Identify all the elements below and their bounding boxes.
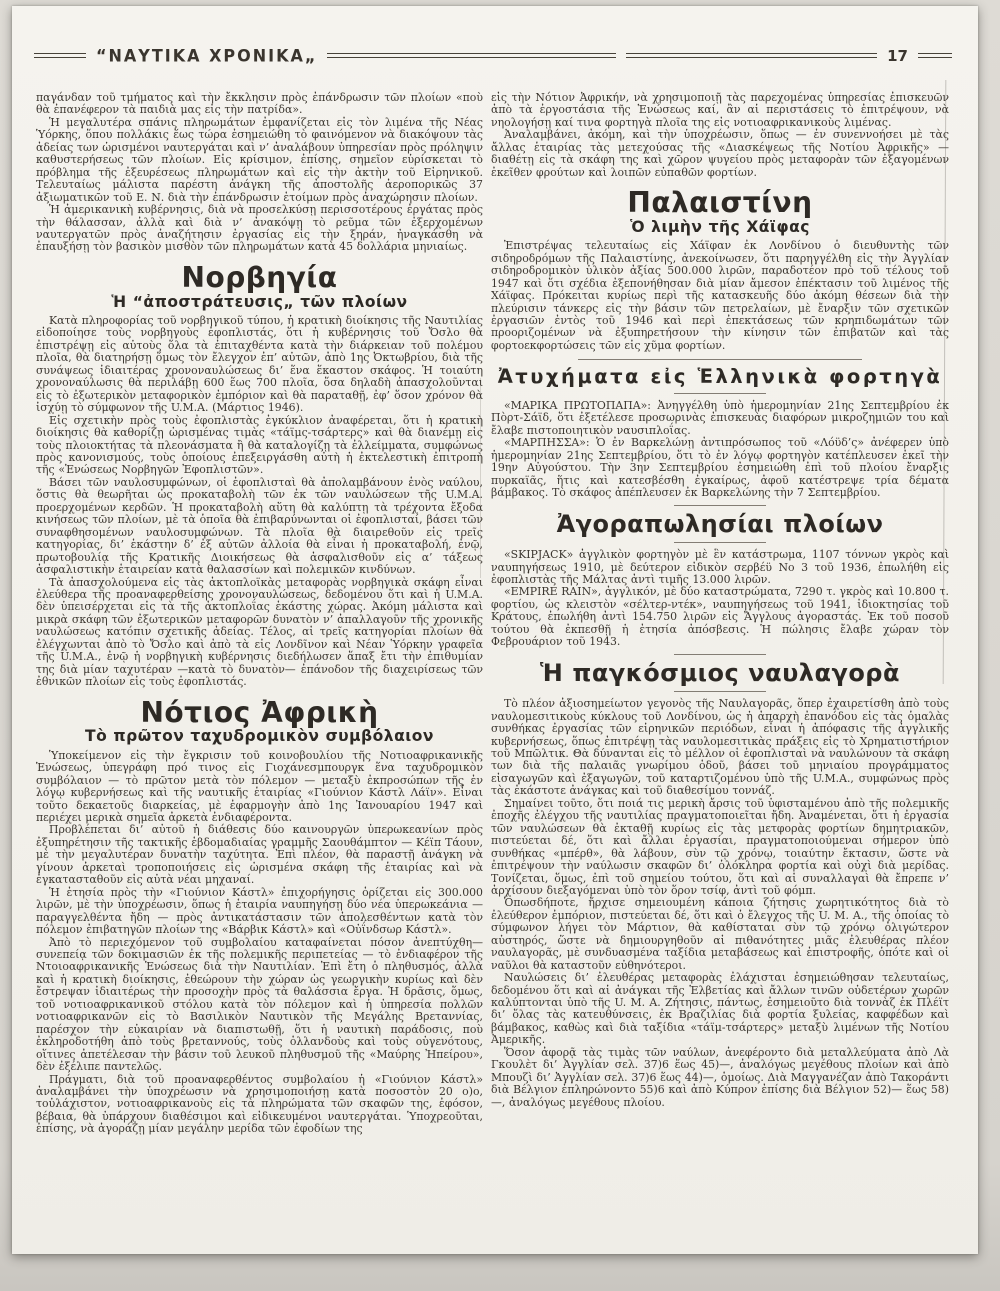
paragraph: Ἡ μεγαλυτέρα σπάνις πληρωμάτων ἐμφανίζετ…	[36, 117, 483, 204]
masthead-rule-middle-1	[327, 53, 616, 58]
article-section: Ἡ παγκόσμιος ναυλαγορὰΤὸ πλέον ἀξιοσημεί…	[491, 654, 949, 1109]
column-right: εἰς τὴν Νότιον Ἀφρικήν, νὰ χρησιμοποιῇ τ…	[491, 92, 949, 1109]
paragraph: Ἀπὸ τὸ περιεχόμενον τοῦ συμβολαίου καταφ…	[36, 937, 483, 1074]
paragraph: Ἐπιστρέψας τελευταίως εἰς Χάϊφαν ἐκ Λονδ…	[491, 240, 949, 352]
paragraph: Ὁπωσδήποτε, ἤρχισε σημειουμένη κάποια ζή…	[491, 897, 949, 972]
column-left: παγάνδαν τοῦ τμήματος καὶ τὴν ἔκκλησιν π…	[36, 92, 483, 1136]
article-section: Νότιος ἈφρικὴΤὸ πρῶτον ταχυδρομικὸν συμβ…	[36, 698, 483, 1136]
article-section: ΠαλαιστίνηὉ λιμὴν τῆς ΧάϊφαςἘπιστρέψας τ…	[491, 188, 949, 352]
paragraph: Ναυλώσεις δι’ ἐλευθέρας μεταφορὰς ἐλάχισ…	[491, 972, 949, 1047]
article-section: παγάνδαν τοῦ τμήματος καὶ τὴν ἔκκλησιν π…	[36, 92, 483, 254]
paragraph: «SKIPJACK» ἀγγλικὸν φορτηγὸν μὲ ἓν κατάσ…	[491, 549, 949, 586]
paragraph: Τὸ πλέον ἀξιοσημείωτον γεγονὸς τῆς Ναυλα…	[491, 698, 949, 798]
paragraph: Προβλέπεται δι’ αὐτοῦ ἡ διάθεσις δύο και…	[36, 824, 483, 886]
masthead: “ΝΑΥΤΙΚΑ ΧΡΟΝΙΚΑ„ 17	[34, 46, 952, 65]
article-heading: Ἀτυχήματα εἰς Ἑλληνικὰ φορτηγὰ	[491, 367, 949, 388]
paragraph: «ΜΑΡΙΚΑ ΠΡΩΤΟΠΑΠΑ»: Ἀνηγγέλθη ὑπὸ ἡμερομ…	[491, 400, 949, 437]
masthead-rule-middle-2	[626, 53, 877, 58]
heading-rule	[674, 393, 766, 394]
publication-title: “ΝΑΥΤΙΚΑ ΧΡΟΝΙΚΑ„	[96, 46, 317, 66]
article-section: Ἀγοραπωλησίαι πλοίων«SKIPJACK» ἀγγλικὸν …	[491, 505, 949, 649]
paragraph: Ἀναλαμβάνει, ἀκόμη, καὶ τὴν ὑποχρέωσιν, …	[491, 129, 949, 179]
article-subheading: Ἡ “ἀποστράτευσις„ τῶν πλοίων	[36, 296, 483, 308]
separator-rule	[674, 654, 766, 655]
paragraph: Τὰ ἀπασχολούμενα εἰς τὰς ἀκτοπλοϊκὰς μετ…	[36, 577, 483, 689]
paragraph: Πράγματι, διὰ τοῦ προαναφερθέντος συμβολ…	[36, 1074, 483, 1136]
article-heading: Ἀγοραπωλησίαι πλοίων	[491, 512, 949, 537]
scan-background: “ΝΑΥΤΙΚΑ ΧΡΟΝΙΚΑ„ 17 παγάνδαν τοῦ τμήματ…	[0, 0, 1000, 1291]
article-subheading: Ὁ λιμὴν τῆς Χάϊφας	[491, 221, 949, 233]
paragraph: Βάσει τῶν ναυλοσυμφώνων, οἱ ἐφοπλισταὶ θ…	[36, 477, 483, 577]
paragraph: «ΜΑΡΠΗΣΣΑ»: Ὁ ἐν Βαρκελώνῃ ἀντιπρόσωπος …	[491, 437, 949, 499]
paragraph: Ὅσον ἀφορᾷ τὰς τιμὰς τῶν ναύλων, ἀνεφέρο…	[491, 1047, 949, 1109]
article-heading: Νότιος Ἀφρικὴ	[36, 698, 483, 728]
paragraph: παγάνδαν τοῦ τμήματος καὶ τὴν ἔκκλησιν π…	[36, 92, 483, 117]
heading-rule	[674, 691, 766, 692]
masthead-rule-left	[34, 53, 86, 58]
article-heading: Ἡ παγκόσμιος ναυλαγορὰ	[491, 661, 949, 686]
paragraph: Ὑποκείμενον εἰς τὴν ἔγκρισιν τοῦ κοινοβο…	[36, 750, 483, 825]
paragraph: Ἡ ἀμερικανικὴ κυβέρνησις, διὰ νὰ προσελκ…	[36, 204, 483, 254]
article-heading: Νορβηγία	[36, 263, 483, 293]
article-section: ΝορβηγίαἩ “ἀποστράτευσις„ τῶν πλοίωνΚατὰ…	[36, 263, 483, 689]
page-number: 17	[887, 47, 908, 65]
article-section: Ἀτυχήματα εἰς Ἑλληνικὰ φορτηγὰ«ΜΑΡΙΚΑ ΠΡ…	[491, 359, 949, 499]
scan-crease-line	[480, 378, 481, 578]
paragraph: «EMPIRE RAIN», ἀγγλικόν, μὲ δύο καταστρώ…	[491, 586, 949, 648]
paragraph: Κατὰ πληροφορίας τοῦ νορβηγικοῦ τύπου, ἡ…	[36, 315, 483, 415]
paragraph: εἰς τὴν Νότιον Ἀφρικήν, νὰ χρησιμοποιῇ τ…	[491, 92, 949, 129]
heading-rule	[674, 542, 766, 543]
separator-rule	[578, 359, 862, 360]
paragraph: Ἡ ἐτησία πρὸς τὴν «Γιούνιον Κάστλ» ἐπιχο…	[36, 887, 483, 937]
article-section: εἰς τὴν Νότιον Ἀφρικήν, νὰ χρησιμοποιῇ τ…	[491, 92, 949, 179]
article-heading: Παλαιστίνη	[491, 188, 949, 218]
paragraph: Σημαίνει τοῦτο, ὅτι ποιά τις μερικὴ ἄρσι…	[491, 798, 949, 898]
paragraph: Εἰς σχετικὴν πρὸς τοὺς ἐφοπλιστὰς ἐγκύκλ…	[36, 415, 483, 477]
newspaper-page: “ΝΑΥΤΙΚΑ ΧΡΟΝΙΚΑ„ 17 παγάνδαν τοῦ τμήματ…	[12, 6, 978, 1254]
masthead-rule-right	[918, 53, 952, 58]
article-subheading: Τὸ πρῶτον ταχυδρομικὸν συμβόλαιον	[36, 730, 483, 742]
separator-rule	[674, 505, 766, 506]
